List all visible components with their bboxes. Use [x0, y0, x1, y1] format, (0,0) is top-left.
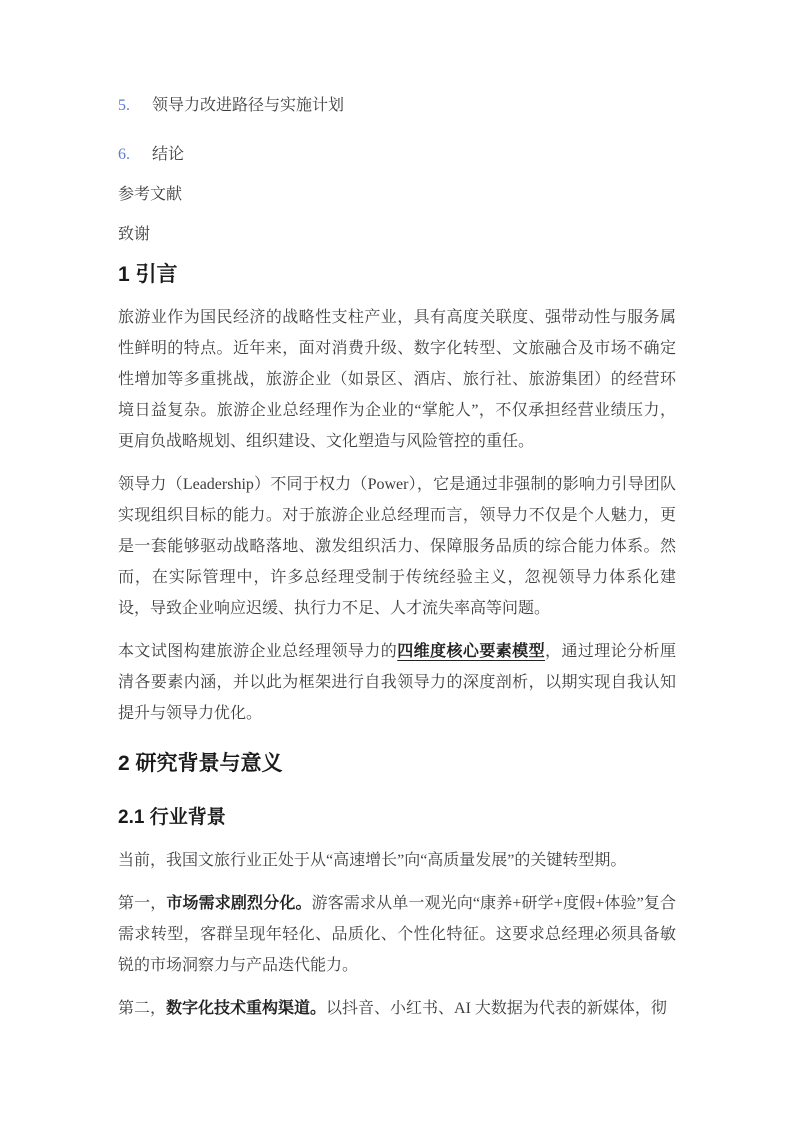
- paragraph-run: 第一，: [118, 895, 166, 912]
- paragraph-run: 以抖音、小红书、AI 大数据为代表的新媒体，彻: [326, 1000, 667, 1017]
- emphasized-point-1: 市场需求剧烈分化。: [166, 895, 311, 912]
- toc-item-references: 参考文献: [118, 184, 676, 206]
- toc-item-label[interactable]: 领导力改进路径与实施计划: [152, 95, 344, 117]
- industry-paragraph-2: 第一，市场需求剧烈分化。游客需求从单一观光向“康养+研学+度假+体验”复合需求转…: [118, 888, 676, 981]
- paragraph-run: 本文试图构建旅游企业总经理领导力的: [118, 643, 397, 660]
- heading-industry-background: 2.1 行业背景: [118, 805, 676, 831]
- emphasized-point-2: 数字化技术重构渠道。: [166, 1000, 326, 1017]
- intro-paragraph-2: 领导力（Leadership）不同于权力（Power），它是通过非强制的影响力引…: [118, 469, 676, 624]
- toc-item-label[interactable]: 结论: [152, 144, 184, 166]
- intro-paragraph-3: 本文试图构建旅游企业总经理领导力的四维度核心要素模型，通过理论分析厘清各要素内涵…: [118, 636, 676, 729]
- industry-paragraph-1: 当前，我国文旅行业正处于从“高速增长”向“高质量发展”的关键转型期。: [118, 845, 676, 876]
- toc-item-acknowledgements: 致谢: [118, 224, 676, 246]
- toc-item-5[interactable]: 5. 领导力改进路径与实施计划: [118, 95, 676, 117]
- industry-paragraph-3: 第二，数字化技术重构渠道。以抖音、小红书、AI 大数据为代表的新媒体，彻: [118, 993, 676, 1024]
- toc-item-6[interactable]: 6. 结论: [118, 144, 676, 166]
- heading-introduction: 1 引言: [118, 260, 676, 290]
- intro-paragraph-1: 旅游业作为国民经济的战略性支柱产业，具有高度关联度、强带动性与服务属性鲜明的特点…: [118, 302, 676, 457]
- paragraph-run: 第二，: [118, 1000, 166, 1017]
- table-of-contents: 5. 领导力改进路径与实施计划 6. 结论 参考文献 致谢: [118, 95, 676, 246]
- toc-item-number[interactable]: 6.: [118, 144, 152, 166]
- emphasized-model-term: 四维度核心要素模型: [397, 643, 545, 660]
- document-page: 5. 领导力改进路径与实施计划 6. 结论 参考文献 致谢 1 引言 旅游业作为…: [0, 0, 793, 1122]
- heading-research-background: 2 研究背景与意义: [118, 749, 676, 779]
- toc-item-number[interactable]: 5.: [118, 95, 152, 117]
